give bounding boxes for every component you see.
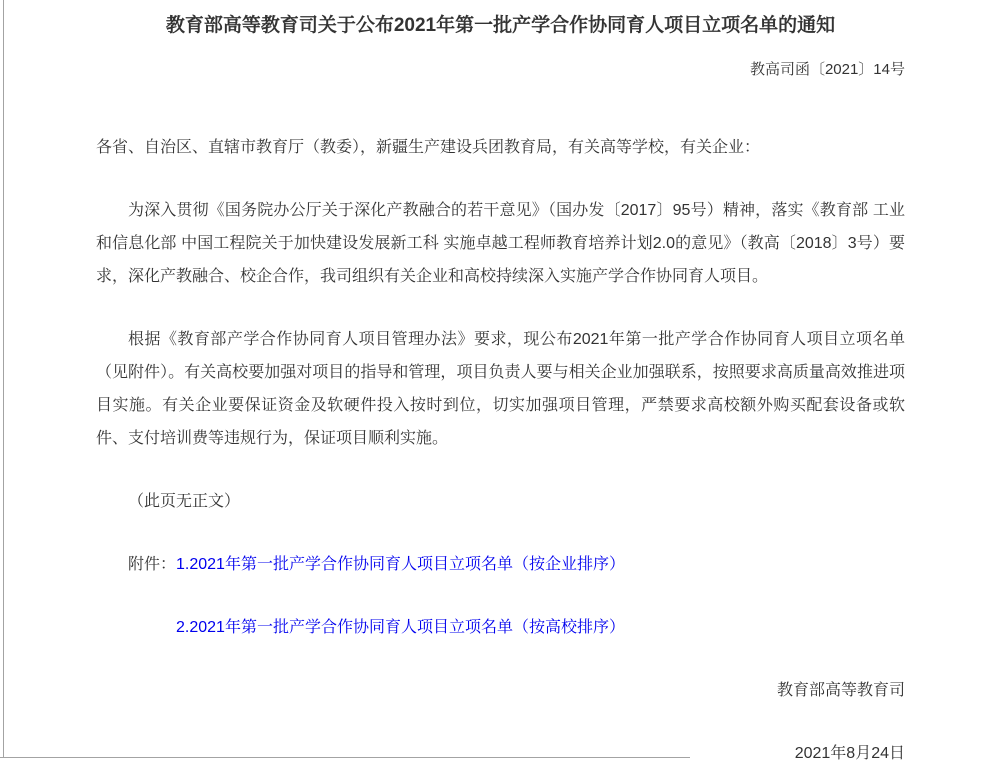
- document-number: 教高司函〔2021〕14号: [96, 53, 905, 86]
- no-body-note: （此页无正文）: [96, 485, 905, 518]
- attachment-link-by-company[interactable]: 1.2021年第一批产学合作协同育人项目立项名单（按企业排序）: [176, 556, 625, 573]
- body-paragraph-2: 根据《教育部产学合作协同育人项目管理办法》要求，现公布2021年第一批产学合作协…: [96, 323, 905, 455]
- attachment-line-2: 2.2021年第一批产学合作协同育人项目立项名单（按高校排序）: [96, 611, 905, 644]
- page-left-border: [3, 0, 4, 758]
- document-page: 教育部高等教育司关于公布2021年第一批产学合作协同育人项目立项名单的通知 教高…: [0, 0, 986, 765]
- document-title: 教育部高等教育司关于公布2021年第一批产学合作协同育人项目立项名单的通知: [96, 13, 905, 39]
- attachments-label: 附件：: [128, 556, 176, 573]
- document-content: 教育部高等教育司关于公布2021年第一批产学合作协同育人项目立项名单的通知 教高…: [0, 0, 986, 765]
- attachment-line-1: 附件：1.2021年第一批产学合作协同育人项目立项名单（按企业排序）: [96, 548, 905, 581]
- attachment-link-by-university[interactable]: 2.2021年第一批产学合作协同育人项目立项名单（按高校排序）: [176, 619, 625, 636]
- signer: 教育部高等教育司: [96, 674, 905, 707]
- page-bottom-border: [0, 757, 690, 758]
- document-date: 2021年8月24日: [96, 737, 905, 765]
- salutation: 各省、自治区、直辖市教育厅（教委），新疆生产建设兵团教育局，有关高等学校，有关企…: [96, 131, 905, 164]
- body-paragraph-1: 为深入贯彻《国务院办公厅关于深化产教融合的若干意见》（国办发〔2017〕95号）…: [96, 194, 905, 293]
